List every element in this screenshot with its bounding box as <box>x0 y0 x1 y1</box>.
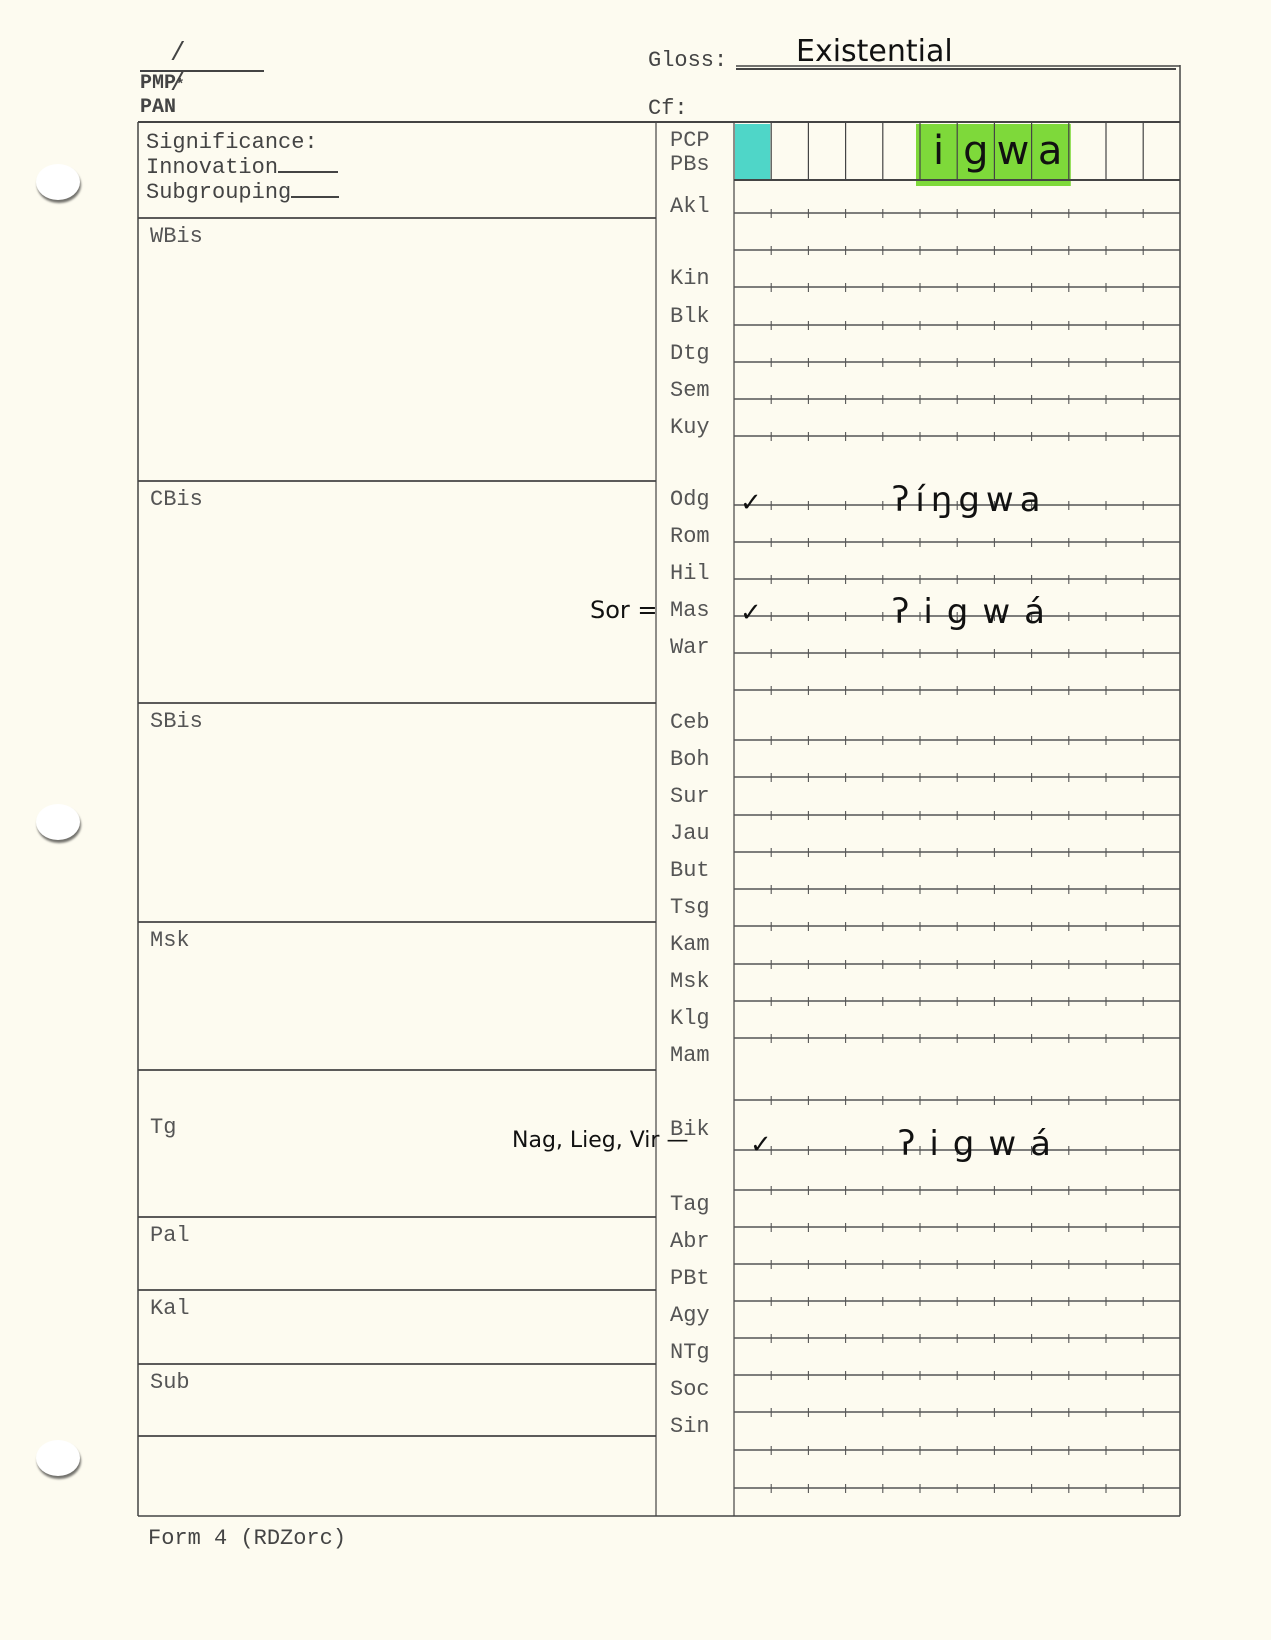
code-war: War <box>670 635 710 660</box>
section-label-msk: Msk <box>150 928 190 953</box>
code-rom: Rom <box>670 524 710 549</box>
bik-note: Nag, Lieg, Vir — <box>512 1128 688 1153</box>
form-footer: Form 4 (RDZorc) <box>148 1526 346 1551</box>
code-jau: Jau <box>670 821 710 846</box>
code-kam: Kam <box>670 932 710 957</box>
reconstruction-cell[interactable]: a <box>1032 128 1069 174</box>
bik-check: ✓ <box>750 1130 772 1160</box>
odg-check: ✓ <box>740 488 762 518</box>
odg-form[interactable]: ʔíŋgwa <box>892 480 1047 520</box>
code-blk: Blk <box>670 304 710 329</box>
reconstruction-cell[interactable]: i <box>920 128 957 174</box>
code-sem: Sem <box>670 378 710 403</box>
mas-check: ✓ <box>740 598 762 628</box>
code-pbt: PBt <box>670 1266 710 1291</box>
mas-form[interactable]: ʔigwá <box>892 592 1059 632</box>
code-sin: Sin <box>670 1414 710 1439</box>
significance-title: Significance: <box>146 130 318 155</box>
code-ntg: NTg <box>670 1340 710 1365</box>
code-kin: Kin <box>670 266 710 291</box>
mas-note: Sor = <box>590 596 658 624</box>
section-label-sbis: SBis <box>150 709 203 734</box>
reconstruction-cell[interactable]: g <box>957 128 994 174</box>
section-label-kal: Kal <box>150 1296 190 1321</box>
code-agy: Agy <box>670 1303 710 1328</box>
code-tag: Tag <box>670 1192 710 1217</box>
code-boh: Boh <box>670 747 710 772</box>
code-pcp: PCP <box>670 128 710 153</box>
section-label-sub: Sub <box>150 1370 190 1395</box>
code-hil: Hil <box>670 561 710 586</box>
section-label-pal: Pal <box>150 1223 190 1248</box>
code-akl: Akl <box>670 194 710 219</box>
code-kuy: Kuy <box>670 415 710 440</box>
code-but: But <box>670 858 710 883</box>
subgrouping-field[interactable]: Subgrouping <box>146 180 339 205</box>
section-label-wbis: WBis <box>150 224 203 249</box>
code-tsg: Tsg <box>670 895 710 920</box>
code-msk: Msk <box>670 969 710 994</box>
section-label-tg: Tg <box>150 1115 176 1140</box>
section-label-cbis: CBis <box>150 487 203 512</box>
code-abr: Abr <box>670 1229 710 1254</box>
code-ceb: Ceb <box>670 710 710 735</box>
bik-form[interactable]: ʔigwá <box>898 1124 1065 1164</box>
code-odg: Odg <box>670 487 710 512</box>
code-sur: Sur <box>670 784 710 809</box>
code-soc: Soc <box>670 1377 710 1402</box>
code-klg: Klg <box>670 1006 710 1031</box>
code-dtg: Dtg <box>670 341 710 366</box>
innovation-field[interactable]: Innovation <box>146 155 338 180</box>
code-mas: Mas <box>670 598 710 623</box>
code-mam: Mam <box>670 1043 710 1068</box>
reconstruction-cell[interactable]: w <box>994 128 1031 174</box>
code-pbs: PBs <box>670 152 710 177</box>
